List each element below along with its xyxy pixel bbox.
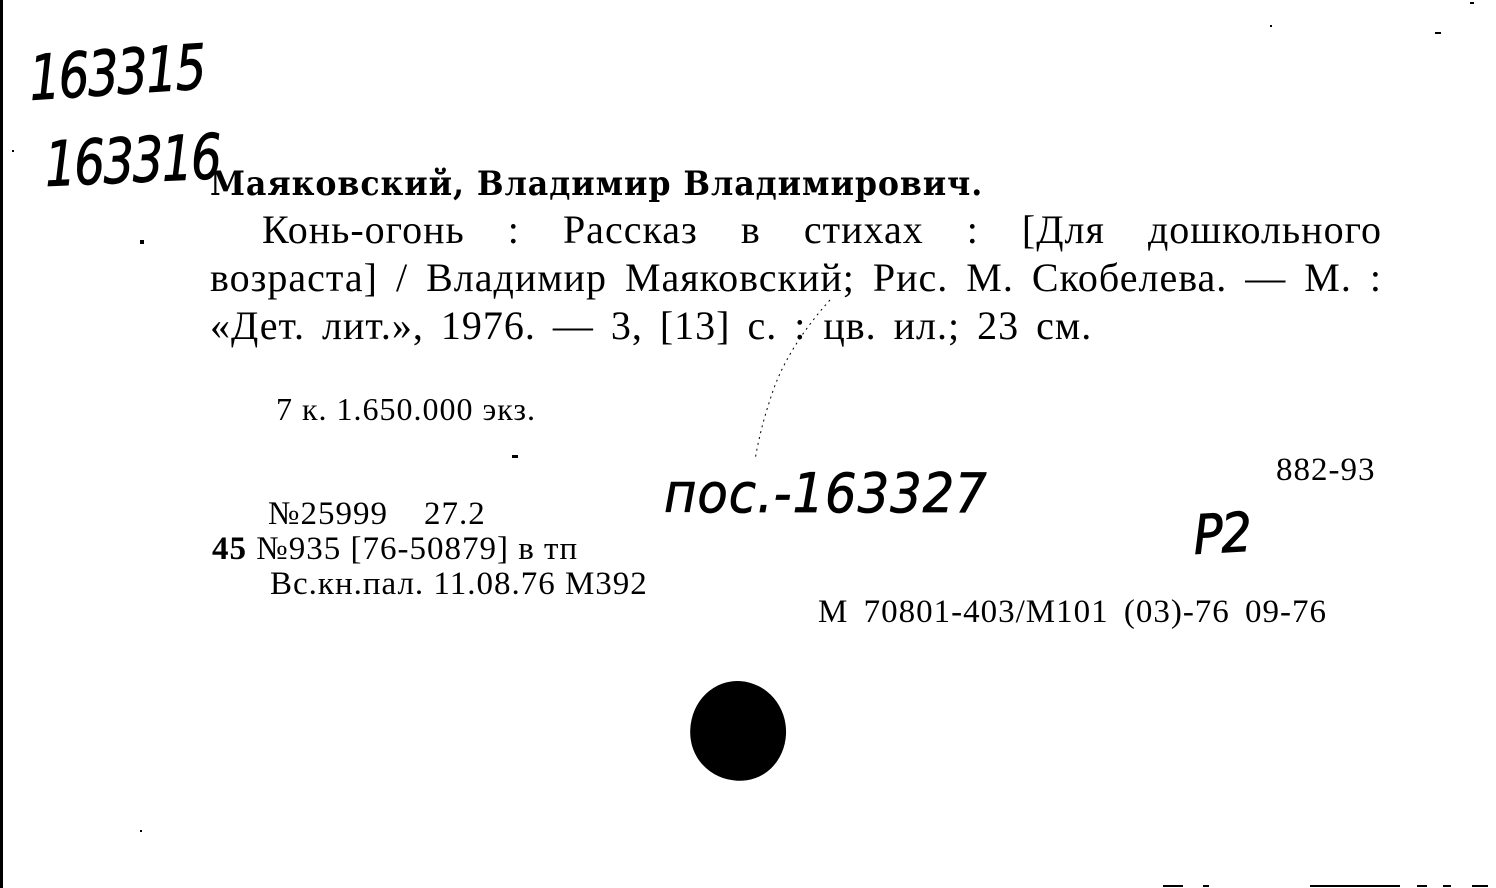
registration-prefix: 45 <box>212 531 247 567</box>
bibliographic-description: Конь-огонь : Рассказ в стихах : [Для дош… <box>210 206 1382 350</box>
speck <box>1470 2 1474 4</box>
registration-line-1: №2599927.2 <box>268 496 486 533</box>
bbk-index-line: М 70801-403/М101 (03)-76 09-76 <box>818 594 1327 631</box>
edge-mark <box>1163 885 1183 887</box>
catalog-card: 163315 163316 Маяковский, Владимир Влади… <box>0 0 1496 888</box>
description-text: Конь-огонь : Рассказ в стихах : [Для дош… <box>210 207 1382 348</box>
speck <box>140 830 142 832</box>
handwritten-inventory-note: пос.-163327 <box>664 462 988 525</box>
price-and-print-run: 7 к. 1.650.000 экз. <box>276 391 536 428</box>
author-heading: Маяковский, Владимир Владимирович. <box>210 164 983 204</box>
speck <box>12 150 14 152</box>
edge-mark <box>1443 885 1451 887</box>
speck <box>512 455 518 458</box>
edge-mark <box>1472 885 1488 887</box>
registration-line-2: 45 №935 [76-50879] в тп <box>212 531 578 568</box>
classification-code: 27.2 <box>424 496 486 532</box>
edge-mark <box>1310 885 1400 887</box>
edge-mark <box>1203 885 1209 887</box>
registration-number: №25999 <box>268 496 388 532</box>
registration-line-3: Вс.кн.пал. 11.08.76 М392 <box>270 566 648 603</box>
udc-code: 882-93 <box>1276 452 1376 489</box>
registration-order: №935 [76-50879] в тп <box>256 531 578 567</box>
handwritten-shelf-mark: Р2 <box>1192 501 1252 567</box>
edge-mark <box>1417 885 1427 887</box>
handwritten-call-number-1: 163315 <box>28 30 206 115</box>
speck <box>140 240 144 244</box>
speck <box>1435 32 1441 34</box>
handwritten-call-number-2: 163316 <box>44 120 221 201</box>
speck <box>1270 25 1272 27</box>
